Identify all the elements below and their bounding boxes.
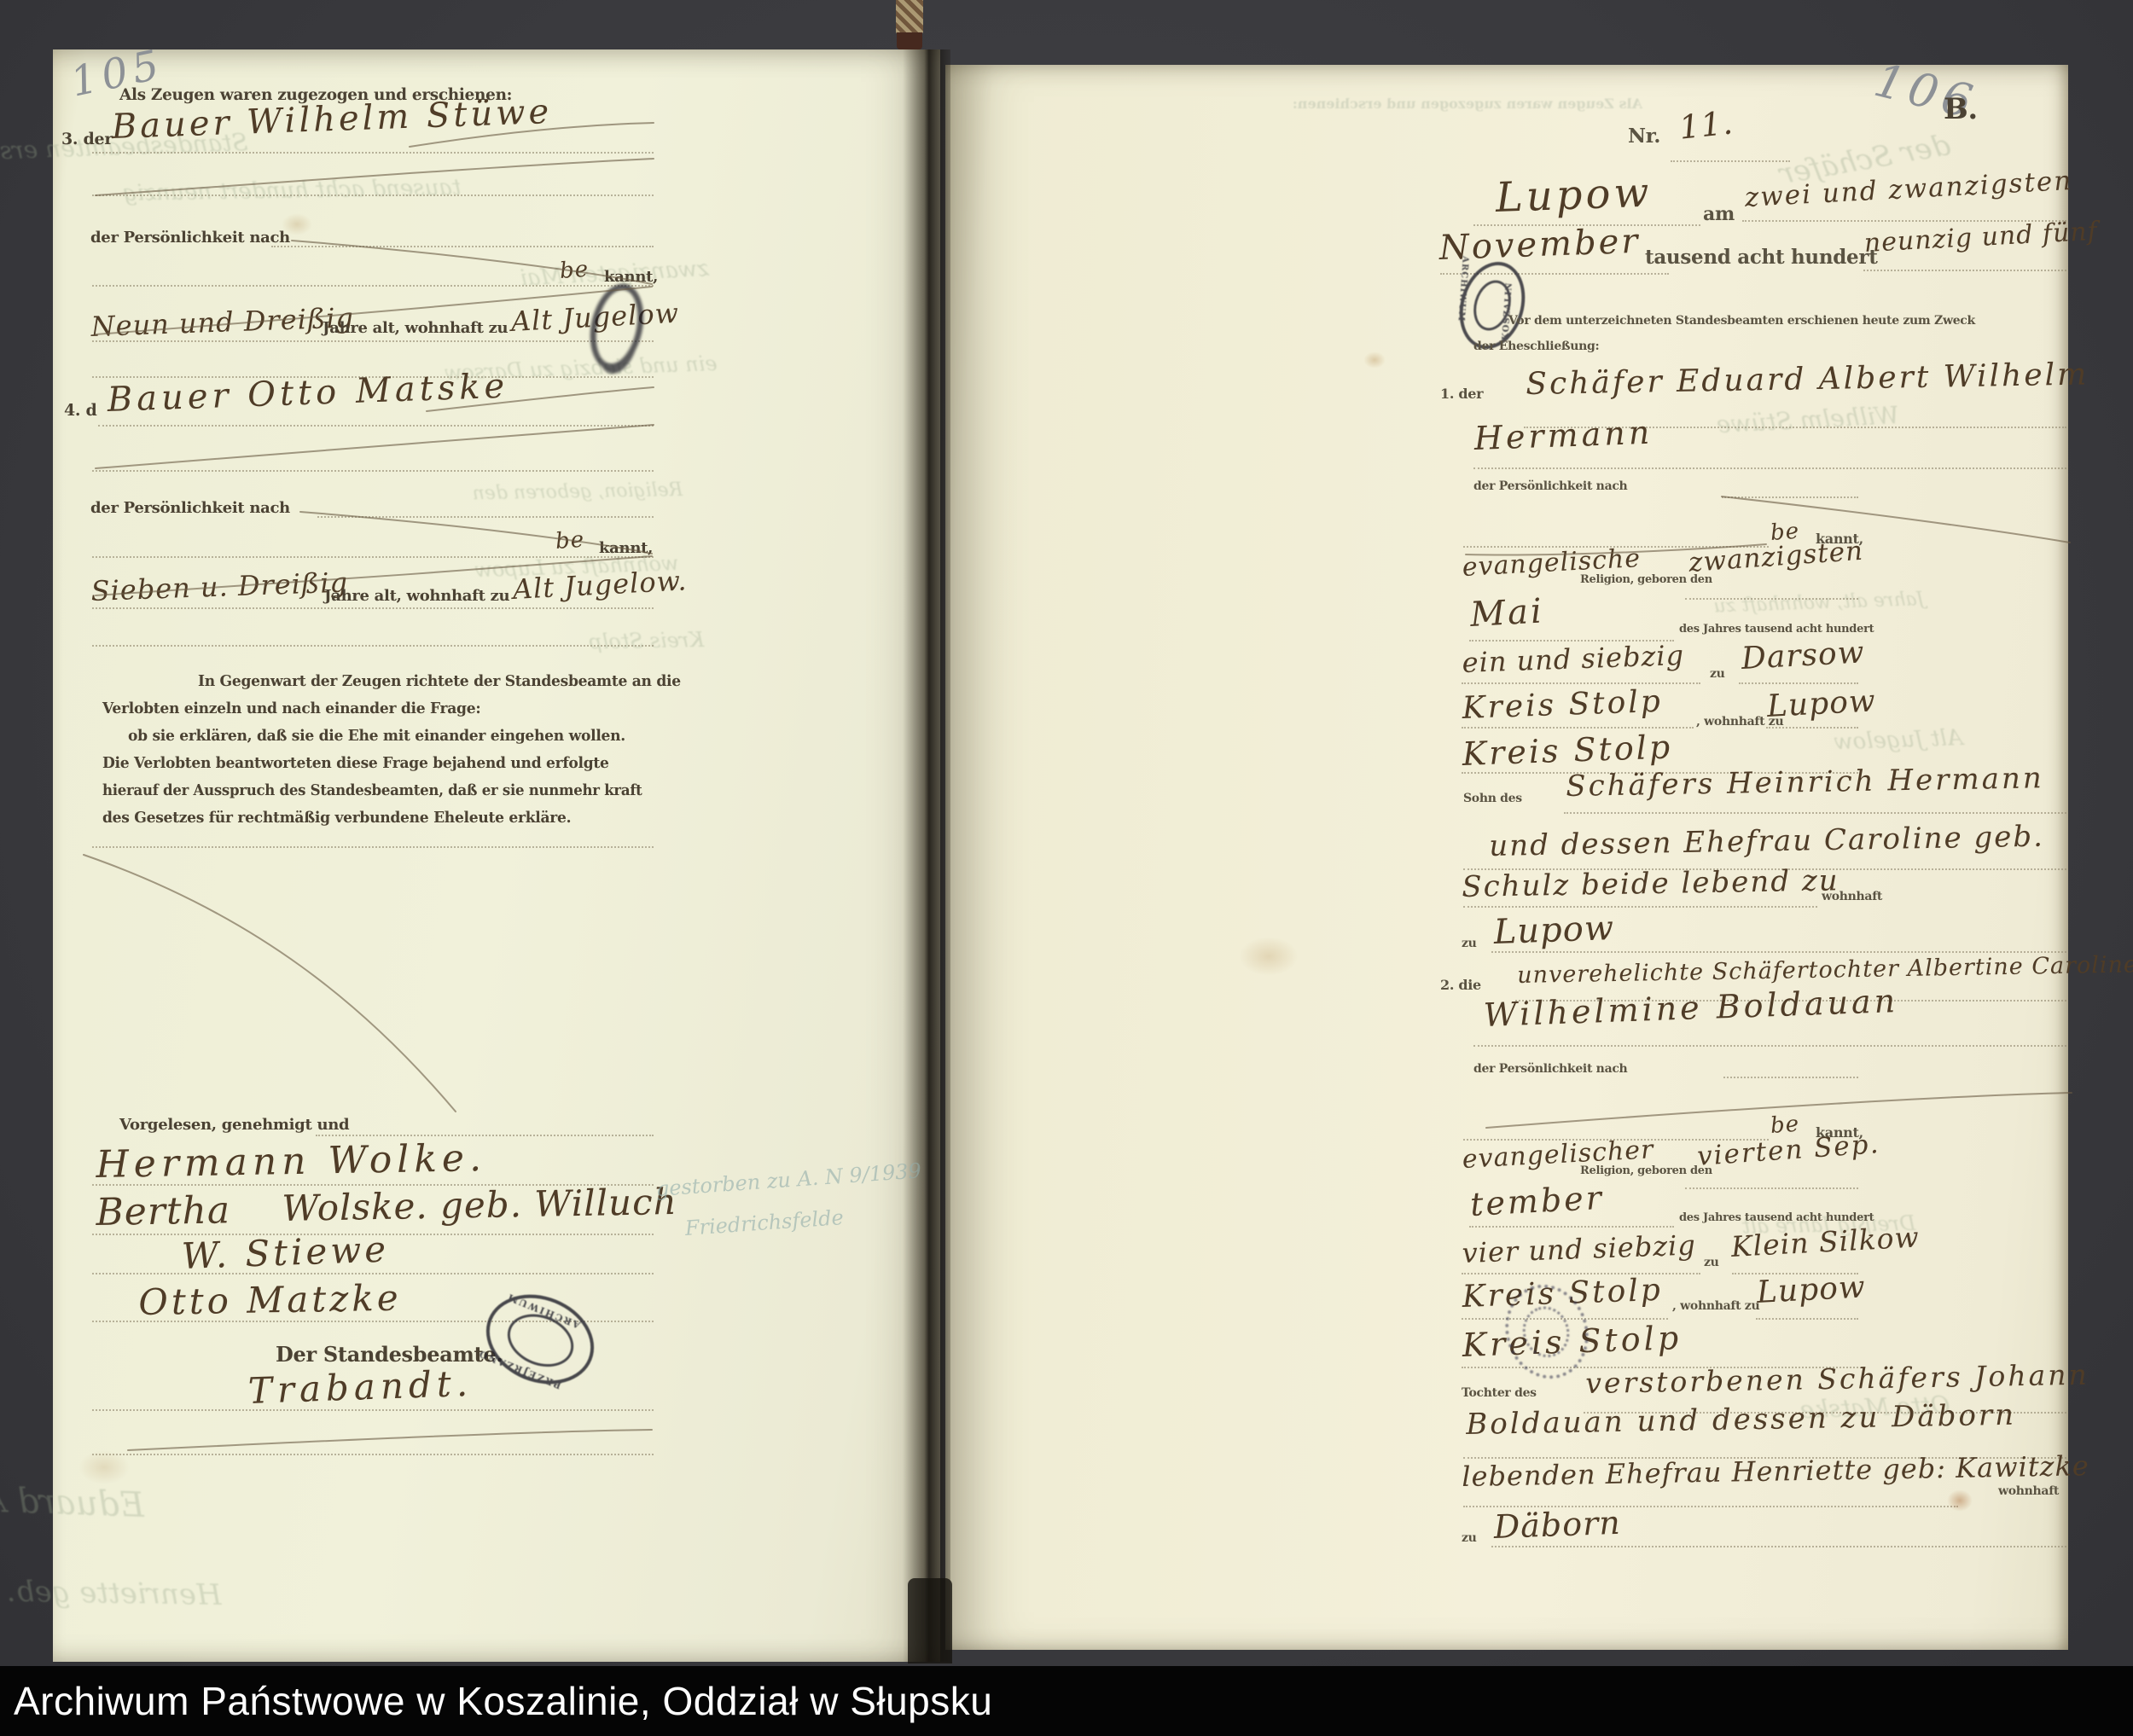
printed-declaration-line: In Gegenwart der Zeugen richtete der Sta… bbox=[198, 672, 681, 690]
printed-declaration-line: hierauf der Ausspruch des Standesbeamten… bbox=[102, 781, 642, 799]
dotted-line bbox=[1564, 812, 2066, 814]
printed-kannt: kannt, bbox=[604, 268, 658, 286]
dotted-line bbox=[92, 285, 654, 287]
printed-zu: zu bbox=[1462, 937, 1477, 950]
printed-year-label: tausend acht hundert bbox=[1645, 246, 1878, 269]
dotted-line bbox=[92, 340, 654, 342]
printed-zu: zu bbox=[1710, 667, 1725, 681]
register-page-left bbox=[53, 49, 940, 1662]
paper-stain bbox=[1239, 937, 1299, 976]
ribbon-bookmark bbox=[896, 0, 923, 34]
dotted-line bbox=[1739, 682, 1858, 684]
printed-section-letter: B. bbox=[1944, 92, 1978, 126]
bleedthrough-text: Kreis Stolp bbox=[589, 628, 704, 653]
printed-declaration-line: des Gesetzes für rechtmäßig verbundene E… bbox=[102, 809, 571, 827]
signature: Hermann Wolke. bbox=[96, 1136, 486, 1187]
handwritten-birth-place: Darsow bbox=[1741, 635, 1865, 676]
paper-stain bbox=[78, 1450, 130, 1484]
printed-wohnhaft: wohnhaft bbox=[1822, 890, 1882, 903]
dotted-line bbox=[92, 1454, 654, 1455]
dotted-line bbox=[92, 645, 654, 647]
printed-closing: Vorgelesen, genehmigt und bbox=[119, 1116, 349, 1134]
handwritten-place: Lupow bbox=[1495, 169, 1653, 222]
printed-zu: zu bbox=[1704, 1256, 1719, 1269]
dotted-line bbox=[92, 1409, 654, 1411]
handwritten-residence: Lupow bbox=[1756, 1269, 1867, 1310]
handwritten-district: Kreis Stolp bbox=[1462, 684, 1663, 726]
signature: Wolske. geb. Willuch bbox=[282, 1181, 677, 1229]
dotted-line bbox=[271, 246, 654, 247]
printed-declaration-line: ob sie erklären, daß sie die Ehe mit ein… bbox=[128, 727, 625, 745]
dotted-line bbox=[1491, 951, 2066, 953]
printed-bride-prefix: 2. die bbox=[1440, 977, 1481, 993]
bleedthrough-text: Alt Jugelow bbox=[1834, 725, 1963, 755]
dotted-line bbox=[92, 1273, 654, 1274]
signature: Otto Matzke bbox=[138, 1277, 402, 1323]
printed-parent-label: Sohn des bbox=[1463, 792, 1522, 805]
printed-religion-label: Religion, geboren den bbox=[1580, 1164, 1712, 1177]
printed-witness3-prefix: 3. der bbox=[61, 130, 113, 148]
handwritten-parent-residence: Däborn bbox=[1493, 1504, 1621, 1546]
handwritten-be: be bbox=[555, 527, 585, 554]
handwritten-be: be bbox=[559, 257, 590, 284]
dotted-line bbox=[1766, 727, 1858, 729]
printed-intro-line: der Eheschließung: bbox=[1473, 340, 1599, 353]
printed-jahres-label: des Jahres tausend acht hundert bbox=[1679, 623, 1874, 636]
dotted-line bbox=[98, 425, 654, 427]
printed-jahres-label: des Jahres tausend acht hundert bbox=[1679, 1211, 1874, 1224]
printed-id-label: der Persönlichkeit nach bbox=[90, 499, 290, 517]
dotted-line bbox=[92, 152, 654, 154]
printed-parent-label: Tochter des bbox=[1462, 1386, 1537, 1400]
dotted-line bbox=[92, 607, 654, 609]
dotted-line bbox=[1756, 1318, 1858, 1320]
paper-stain bbox=[282, 213, 312, 235]
signature: W. Stiewe bbox=[181, 1228, 390, 1277]
dotted-line bbox=[1473, 1045, 2066, 1047]
registrar-signature: Trabandt. bbox=[247, 1362, 474, 1412]
printed-intro-line: Vor dem unterzeichneten Standesbeamten e… bbox=[1508, 314, 1975, 328]
dotted-line bbox=[1491, 1546, 2066, 1547]
printed-declaration-line: Verlobten einzeln und nach einander die … bbox=[102, 700, 480, 717]
printed-id-label: der Persönlichkeit nach bbox=[1473, 479, 1627, 493]
dotted-line bbox=[317, 516, 654, 518]
dotted-line bbox=[1473, 467, 2066, 469]
dotted-line bbox=[1685, 598, 1858, 600]
dotted-line bbox=[92, 470, 654, 472]
book-gutter bbox=[903, 49, 950, 1662]
printed-declaration-line: Die Verlobten beantworteten diese Frage … bbox=[102, 754, 609, 772]
signature: Bertha bbox=[96, 1188, 231, 1234]
handwritten-record-number: 11. bbox=[1677, 103, 1735, 146]
dotted-line bbox=[92, 846, 654, 848]
bleedthrough-text: Henriette geb. Kawitzke bbox=[0, 1572, 222, 1612]
bleedthrough-text: Als Zeugen waren zugezogen und erschiene… bbox=[1293, 96, 1642, 112]
handwritten-residence: Lupow bbox=[1766, 683, 1877, 724]
dotted-line bbox=[1685, 1187, 1858, 1189]
printed-wohnhaft: wohnhaft bbox=[1998, 1484, 2059, 1498]
handwritten-groom-name2: Hermann bbox=[1473, 414, 1654, 457]
dotted-line bbox=[1462, 1273, 1700, 1274]
dotted-line bbox=[92, 195, 654, 196]
dotted-line bbox=[1722, 496, 1858, 498]
dotted-line bbox=[1463, 906, 1817, 908]
archive-caption-bar: Archiwum Państwowe w Koszalinie, Oddział… bbox=[0, 1666, 2133, 1736]
dotted-line bbox=[1462, 682, 1700, 684]
paper-stain bbox=[1947, 1489, 1973, 1512]
printed-witness4-prefix: 4. d bbox=[64, 401, 97, 420]
archival-scan: Standesbeamten erschienen heute tausend … bbox=[0, 0, 2133, 1736]
dotted-line bbox=[92, 556, 654, 558]
ribbon-bookmark-end bbox=[897, 32, 922, 49]
printed-groom-prefix: 1. der bbox=[1440, 386, 1483, 402]
handwritten-birth-month: tember bbox=[1469, 1179, 1605, 1223]
handwritten-parent: Schulz beide lebend zu bbox=[1462, 863, 1839, 904]
printed-id-label: der Persönlichkeit nach bbox=[1473, 1062, 1627, 1076]
book-gutter-shadow bbox=[908, 1578, 952, 1663]
printed-age-label: Jahre alt, wohnhaft zu bbox=[324, 587, 509, 605]
paper-stain bbox=[1363, 351, 1386, 369]
handwritten-birth-month: Mai bbox=[1469, 591, 1545, 634]
archive-stamp-inner-ring bbox=[1516, 1300, 1576, 1363]
dotted-line bbox=[1863, 270, 2066, 271]
handwritten-parent-residence: Lupow bbox=[1493, 909, 1615, 952]
printed-id-label: der Persönlichkeit nach bbox=[90, 229, 290, 247]
dotted-line bbox=[1723, 1077, 1858, 1078]
printed-zu: zu bbox=[1462, 1531, 1477, 1545]
archive-caption-text: Archiwum Państwowe w Koszalinie, Oddział… bbox=[14, 1666, 992, 1736]
dotted-line bbox=[1671, 160, 1790, 162]
printed-am-label: am bbox=[1703, 203, 1735, 225]
handwritten-district: Kreis Stolp bbox=[1462, 728, 1673, 773]
printed-nr-label: Nr. bbox=[1628, 125, 1660, 148]
dotted-line bbox=[1469, 1226, 1674, 1228]
printed-age-label: Jahre alt, wohnhaft zu bbox=[323, 319, 508, 337]
bleedthrough-text: Religion, geboren den bbox=[472, 479, 683, 504]
printed-kannt: kannt, bbox=[599, 539, 653, 557]
printed-wohnhaft-zu: , wohnhaft zu bbox=[1672, 1299, 1759, 1313]
